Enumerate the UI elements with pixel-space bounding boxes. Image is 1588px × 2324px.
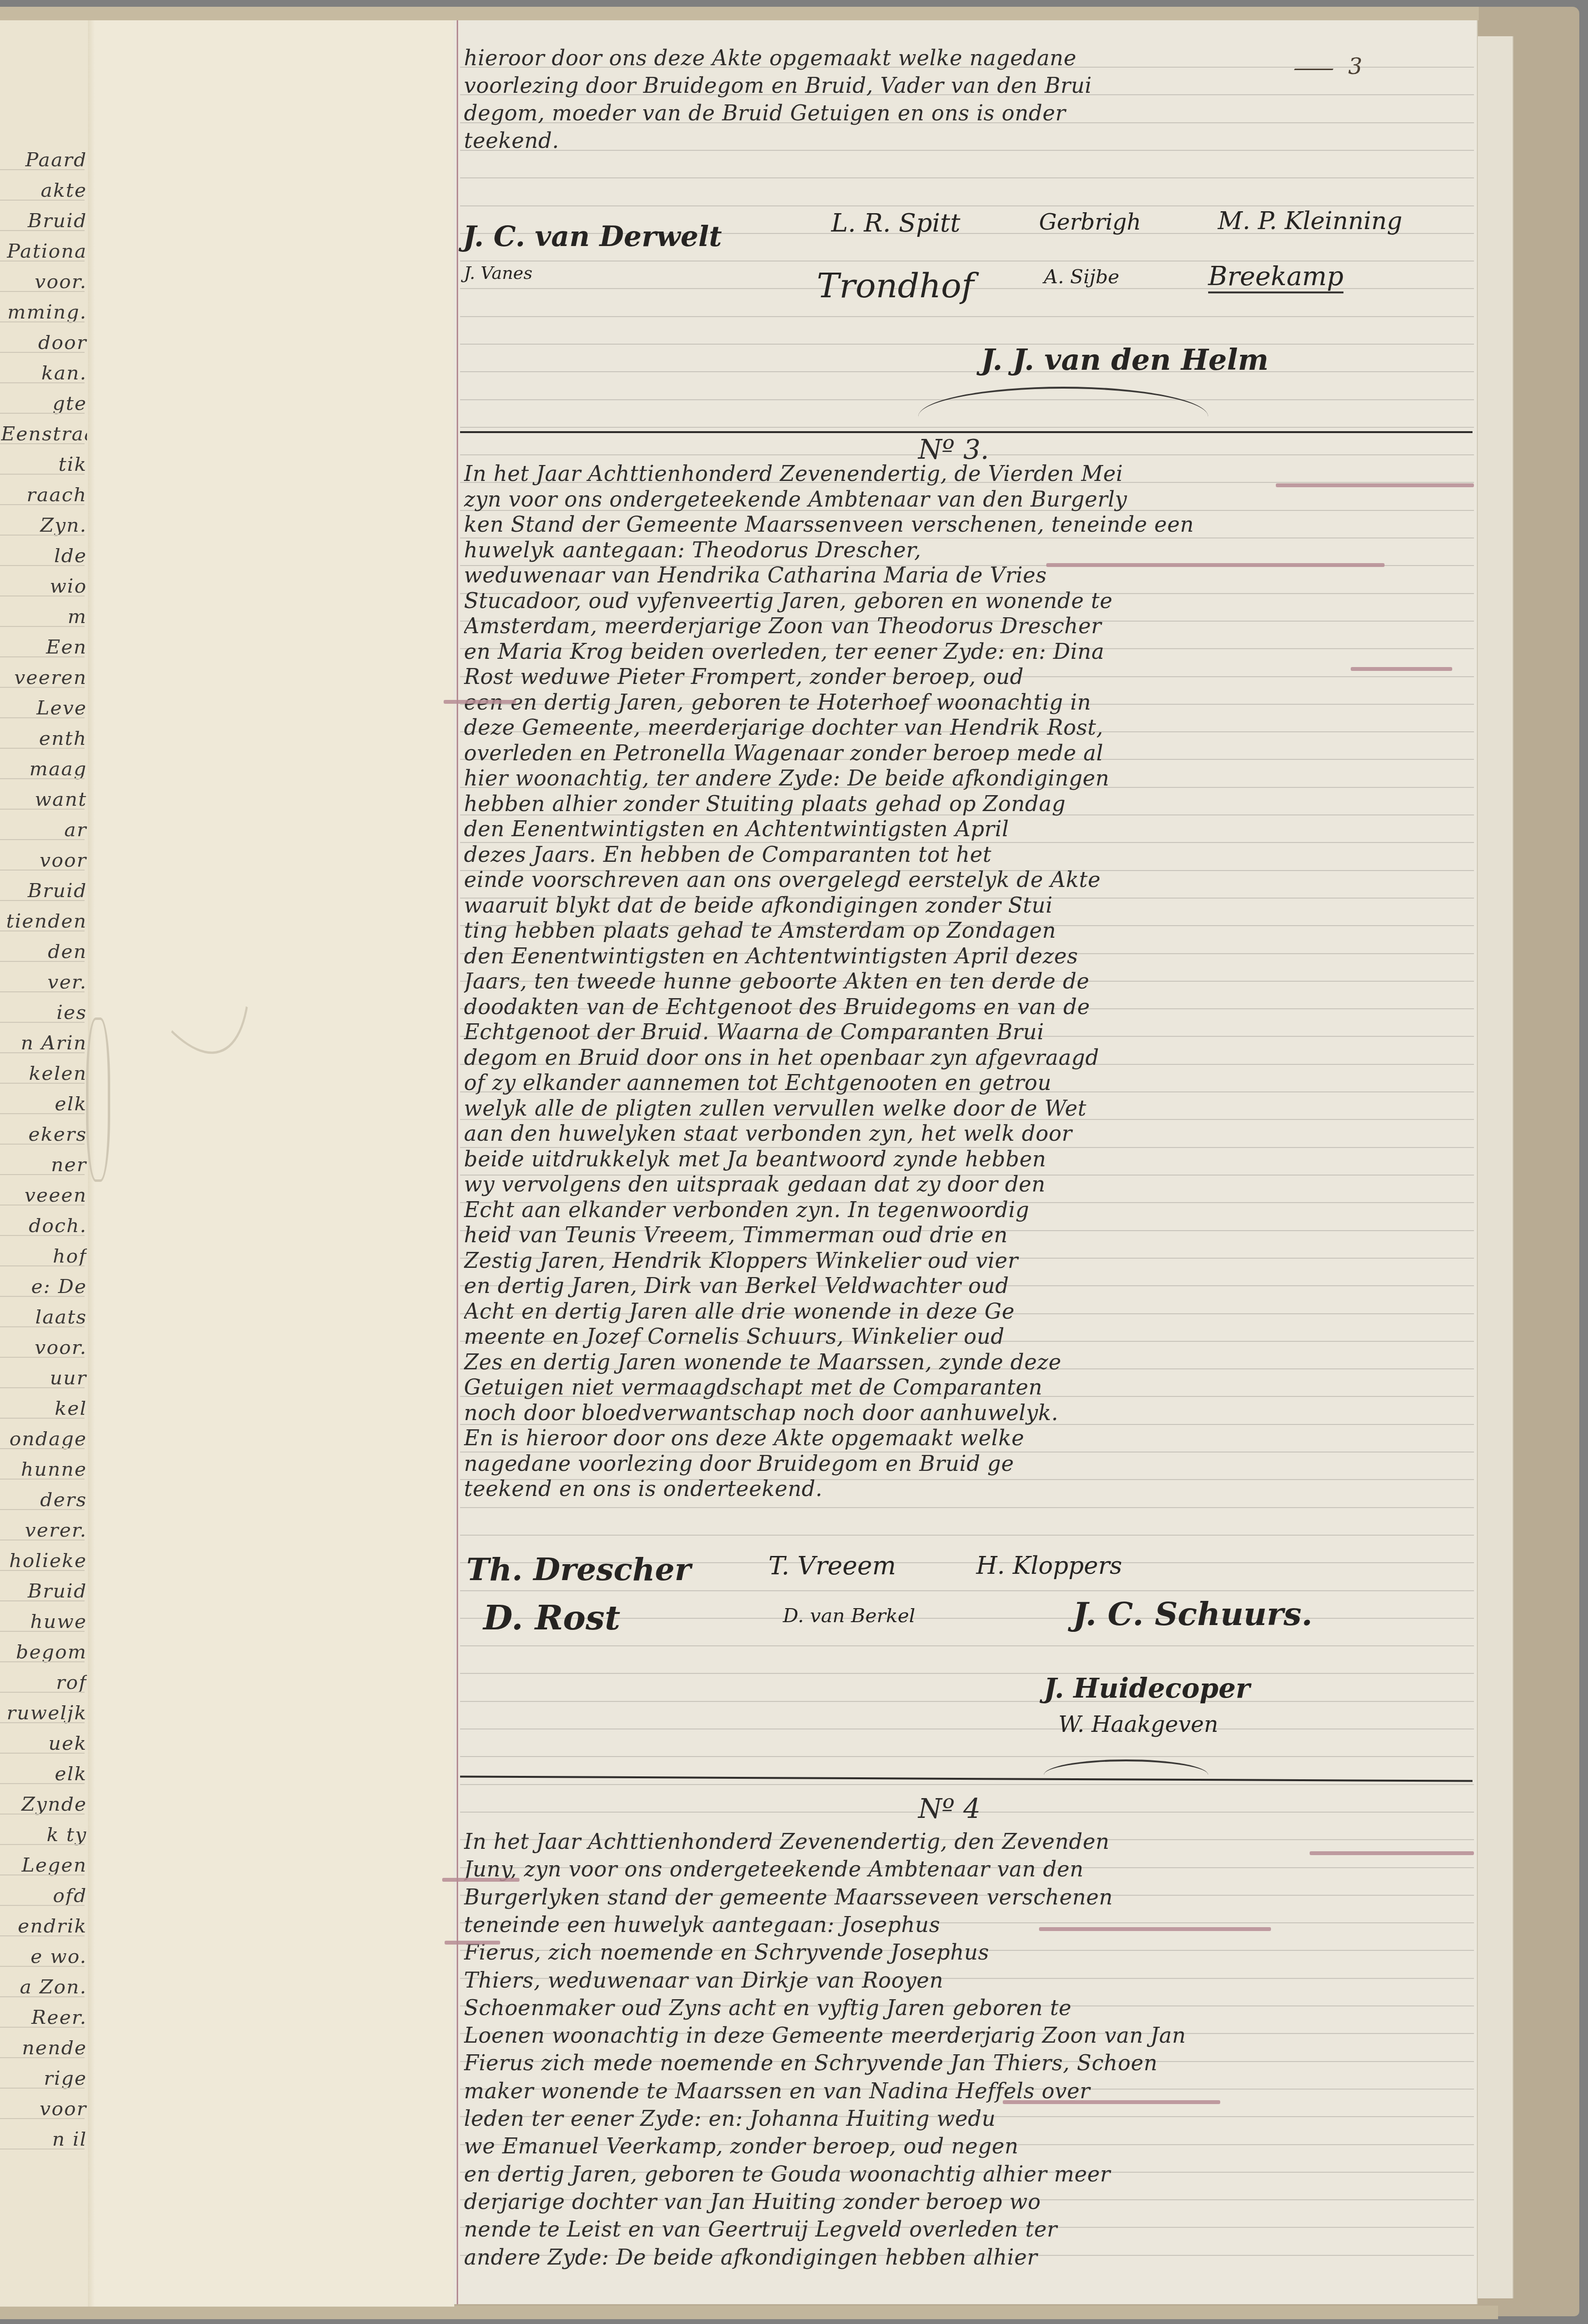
- signature-witness: T. Vreeem: [768, 1552, 896, 1581]
- signature-registrar: J. J. van den Helm: [981, 343, 1269, 377]
- fragment-rule: [0, 2149, 85, 2150]
- fragment-rule: [0, 687, 85, 688]
- name-underline: [1046, 563, 1385, 567]
- signature-witness: J. Vanes: [464, 263, 533, 283]
- text-line: teneinde een huwelyk aantegaan: Josephus: [464, 1911, 1469, 1939]
- fragment-rule: [0, 1600, 85, 1601]
- fragment-line: gte: [1, 392, 87, 415]
- fragment-rule: [0, 1479, 85, 1480]
- fragment-line: e: De: [1, 1276, 87, 1298]
- signature-witness: J. C. Schuurs.: [1073, 1595, 1313, 1633]
- ruled-line: [460, 1673, 1474, 1674]
- text-line: andere Zyde: De beide afkondigingen hebb…: [464, 2244, 1469, 2271]
- text-line: een en dertig Jaren, geboren te Hoterhoe…: [464, 689, 1469, 716]
- signature-witness: Gerbrigh: [1039, 209, 1141, 235]
- fragment-line: uek: [1, 1732, 87, 1755]
- text-line: hebben alhier zonder Stuiting plaats geh…: [464, 790, 1469, 818]
- text-line: teekend en ons is onderteekend.: [464, 1475, 1469, 1503]
- signature-witness: D. van Berkel: [783, 1605, 915, 1627]
- fragment-line: ondage: [1, 1428, 87, 1450]
- fragment-line: n Arin: [1, 1032, 87, 1054]
- fragment-line: elk: [1, 1763, 87, 1785]
- fragment-rule: [0, 626, 85, 627]
- fragment-rule: [0, 1387, 85, 1388]
- text-line: degom en Bruid door ons in het openbaar …: [464, 1044, 1469, 1072]
- fragment-line: verer.: [1, 1519, 87, 1541]
- text-line: ting hebben plaats gehad te Amsterdam op…: [464, 917, 1469, 944]
- name-underline: [1351, 667, 1452, 671]
- fragment-rule: [0, 2027, 85, 2028]
- fragment-line: enth: [1, 727, 87, 750]
- text-line: den Eenentwintigsten en Achtentwintigste…: [464, 815, 1469, 843]
- fragment-rule: [0, 1692, 85, 1693]
- fragment-rule: [0, 1052, 85, 1053]
- fragment-rule: [0, 291, 85, 292]
- text-line: Burgerlyken stand der gemeente Maarsseve…: [464, 1884, 1469, 1911]
- signature-registrar: J. Huidecoper: [1044, 1672, 1250, 1704]
- fragment-line: Zynde: [1, 1793, 87, 1816]
- fragment-line: holieke: [1, 1550, 87, 1572]
- fragment-rule: [0, 1022, 85, 1023]
- fragment-rule: [0, 2088, 85, 2089]
- fragment-line: Bruid: [1, 1580, 87, 1602]
- text-line: maker wonende te Maarssen en van Nadina …: [464, 2077, 1469, 2105]
- text-line: we Emanuel Veerkamp, zonder beroep, oud …: [464, 2133, 1469, 2160]
- fragment-rule: [0, 535, 85, 536]
- fragment-line: kelen: [1, 1062, 87, 1085]
- text-line: degom, moeder van de Bruid Getuigen en o…: [464, 100, 1469, 127]
- fragment-rule: [0, 809, 85, 810]
- fragment-rule: [0, 2118, 85, 2119]
- fragment-line: hof: [1, 1245, 87, 1267]
- fragment-line: ver.: [1, 971, 87, 993]
- fragment-line: kan.: [1, 362, 87, 384]
- text-line: waaruit blykt dat de beide afkondigingen…: [464, 892, 1469, 919]
- fragment-rule: [0, 1905, 85, 1906]
- fragment-line: n il: [1, 2128, 87, 2150]
- fragment-rule: [0, 1083, 85, 1084]
- fragment-rule: [0, 352, 85, 353]
- fragment-rule: [0, 1174, 85, 1175]
- text-line: zyn voor ons ondergeteekende Ambtenaar v…: [464, 486, 1469, 513]
- fragment-line: Legen: [1, 1854, 87, 1876]
- name-underline: [1039, 1927, 1271, 1931]
- text-line: nende te Leist en van Geertruij Legveld …: [464, 2216, 1469, 2243]
- text-line: Jaars, ten tweede hunne geboorte Akten e…: [464, 968, 1469, 995]
- fragment-rule: [0, 900, 85, 901]
- text-line: Rost weduwe Pieter Frompert, zonder bero…: [464, 663, 1469, 691]
- fragment-line: Een: [1, 636, 87, 658]
- fragment-line: rof: [1, 1671, 87, 1694]
- ruled-line: [460, 1701, 1474, 1702]
- text-line: Acht en dertig Jaren alle drie wonende i…: [464, 1298, 1469, 1325]
- fragment-line: elk: [1, 1093, 87, 1115]
- fragment-rule: [0, 1570, 85, 1571]
- signature-registrar: W. Haakgeven: [1058, 1711, 1218, 1737]
- fragment-rule: [0, 261, 85, 261]
- fragment-rule: [0, 2057, 85, 2058]
- signature-witness: M. P. Kleinning: [1218, 207, 1402, 235]
- text-line: aan den huwelyken staat verbonden zyn, h…: [464, 1120, 1469, 1147]
- ruled-line: [460, 177, 1474, 178]
- fragment-line: doch.: [1, 1215, 87, 1237]
- name-underline: [444, 700, 516, 704]
- name-underline: [1276, 483, 1474, 487]
- fragment-line: nende: [1, 2037, 87, 2059]
- fragment-line: ies: [1, 1002, 87, 1024]
- record-number: Nº 4: [918, 1793, 981, 1825]
- text-line: nagedane voorlezing door Bruidegom en Br…: [464, 1450, 1469, 1478]
- ruled-line: [460, 1507, 1474, 1508]
- text-line: ken Stand der Gemeente Maarssenveen vers…: [464, 511, 1469, 538]
- fragment-rule: [0, 778, 85, 779]
- fragment-rule: [0, 1722, 85, 1723]
- text-line: Zes en dertig Jaren wonende te Maarssen,…: [464, 1349, 1469, 1376]
- fragment-rule: [0, 1874, 85, 1875]
- fragment-rule: [0, 1296, 85, 1297]
- text-line: Juny, zyn voor ons ondergeteekende Ambte…: [464, 1856, 1469, 1883]
- fragment-line: endrik: [1, 1915, 87, 1937]
- fragment-rule: [0, 1844, 85, 1845]
- fragment-rule: [0, 382, 85, 383]
- fragment-rule: [0, 169, 85, 170]
- fragment-line: ders: [1, 1489, 87, 1511]
- text-line: Echt aan elkander verbonden zyn. In tege…: [464, 1196, 1469, 1224]
- fragment-rule: [0, 1996, 85, 1997]
- margin-rule: [457, 20, 458, 2304]
- fragment-line: ekers: [1, 1123, 87, 1146]
- binding-knot-icon: [86, 1017, 110, 1182]
- ruled-line: [460, 1728, 1474, 1729]
- fragment-line: ofd: [1, 1885, 87, 1907]
- fragment-line: a Zon.: [1, 1976, 87, 1998]
- fragment-rule: [0, 656, 85, 657]
- name-underline: [1003, 2100, 1220, 2104]
- fragment-line: want: [1, 788, 87, 811]
- text-line: leden ter eener Zyde: en: Johanna Huitin…: [464, 2105, 1469, 2133]
- fragment-rule: [0, 1357, 85, 1358]
- signature-bride: Trondhof: [817, 266, 974, 305]
- name-underline: [445, 1941, 500, 1945]
- fragment-rule: [0, 1235, 85, 1236]
- fragment-line: uur: [1, 1367, 87, 1389]
- ruled-line: [460, 1590, 1474, 1591]
- fragment-rule: [0, 1753, 85, 1754]
- fragment-line: voor: [1, 2098, 87, 2120]
- fragment-rule: [0, 1935, 85, 1936]
- text-line: wy vervolgens den uitspraak gedaan dat z…: [464, 1171, 1469, 1198]
- fragment-rule: [0, 961, 85, 962]
- ruled-line: [460, 316, 1474, 317]
- fragment-line: Pationa: [1, 240, 87, 262]
- fragment-line: raach: [1, 484, 87, 506]
- fragment-rule: [0, 870, 85, 871]
- signature-witness: J. C. van Derwelt: [463, 220, 722, 253]
- fragment-rule: [0, 1783, 85, 1784]
- fragment-rule: [0, 1265, 85, 1266]
- fragment-line: Paard: [1, 149, 87, 171]
- fragment-line: Reer.: [1, 2006, 87, 2029]
- fragment-rule: [0, 1113, 85, 1114]
- fragment-rule: [0, 1540, 85, 1540]
- signature-bride: D. Rost: [483, 1598, 621, 1638]
- fragment-line: tik: [1, 453, 87, 476]
- fragment-rule: [0, 748, 85, 749]
- ruled-line: [460, 1756, 1474, 1757]
- ruled-line: [460, 344, 1474, 345]
- text-line: Fierus zich mede noemende en Schryvende …: [464, 2049, 1469, 2077]
- fragment-line: den: [1, 941, 87, 963]
- ruled-line: [460, 1535, 1474, 1536]
- fragment-line: veeren: [1, 667, 87, 689]
- fragment-rule: [0, 230, 85, 231]
- text-line: Stucadoor, oud vyfenveertig Jaren, gebor…: [464, 587, 1469, 615]
- fragment-line: voor.: [1, 271, 87, 293]
- text-line: Amsterdam, meerderjarige Zoon van Theodo…: [464, 612, 1469, 640]
- fragment-line: ner: [1, 1154, 87, 1176]
- fragment-rule: [0, 565, 85, 566]
- fragment-rule: [0, 1418, 85, 1419]
- ruled-line: [460, 371, 1474, 372]
- text-line: Getuigen niet vermaagdschapt met de Comp…: [464, 1374, 1469, 1401]
- text-line: teekend.: [464, 127, 1469, 155]
- fragment-rule: [0, 413, 85, 414]
- text-line: welyk alle de pligten zullen vervullen w…: [464, 1095, 1469, 1122]
- fragment-rule: [0, 474, 85, 475]
- record-separator: [460, 431, 1473, 433]
- fragment-line: huwe: [1, 1611, 87, 1633]
- fragment-line: veeen: [1, 1184, 87, 1206]
- fragment-line: tienden: [1, 910, 87, 932]
- fragment-line: Zyn.: [1, 514, 87, 537]
- text-line: deze Gemeente, meerderjarige dochter van…: [464, 714, 1469, 741]
- text-line: derjarige dochter van Jan Huiting zonder…: [464, 2188, 1469, 2216]
- fragment-line: e wo.: [1, 1946, 87, 1968]
- fragment-line: k ty: [1, 1824, 87, 1846]
- text-line: overleden en Petronella Wagenaar zonder …: [464, 740, 1469, 767]
- name-underline: [1310, 1851, 1474, 1855]
- text-line: hieroor door ons deze Akte opgemaakt wel…: [464, 44, 1469, 72]
- fragment-rule: [0, 717, 85, 718]
- fragment-line: Bruid: [1, 880, 87, 902]
- fragment-line: kel: [1, 1397, 87, 1420]
- text-line: of zy elkander aannemen tot Echtgenooten…: [464, 1069, 1469, 1097]
- signature-witness: A. Sijbe: [1044, 266, 1119, 288]
- fragment-rule: [0, 1326, 85, 1327]
- text-line: doodakten van de Echtgenoot des Bruidego…: [464, 993, 1469, 1021]
- fragment-line: begom: [1, 1641, 87, 1663]
- fragment-line: m: [1, 606, 87, 628]
- text-line: Echtgenoot der Bruid. Waarna de Comparan…: [464, 1018, 1469, 1046]
- fragment-line: voor: [1, 849, 87, 871]
- fragment-rule: [0, 1144, 85, 1145]
- name-underline: [442, 1878, 520, 1882]
- text-line: einde voorschreven aan ons overgelegd ee…: [464, 866, 1469, 894]
- text-line: meente en Jozef Cornelis Schuurs, Winkel…: [464, 1323, 1469, 1351]
- text-line: Zestig Jaren, Hendrik Kloppers Winkelier…: [464, 1247, 1469, 1275]
- fragment-line: maag: [1, 758, 87, 780]
- fragment-rule: [0, 930, 85, 931]
- fragment-rule: [0, 1205, 85, 1206]
- signature-groom: Th. Drescher: [466, 1552, 691, 1588]
- text-line: Thiers, weduwenaar van Dirkje van Rooyen: [464, 1967, 1469, 1994]
- fragment-rule: [0, 443, 85, 444]
- signature-witness: Breekamp: [1208, 261, 1343, 293]
- fragment-line: lde: [1, 545, 87, 567]
- fragment-rule: [0, 1814, 85, 1815]
- text-line: En is hieroor door ons deze Akte opgemaa…: [464, 1424, 1469, 1452]
- fragment-rule: [0, 200, 85, 201]
- text-line: noch door bloedverwantschap noch door aa…: [464, 1399, 1469, 1427]
- text-line: en dertig Jaren, geboren te Gouda woonac…: [464, 2161, 1469, 2188]
- signature-witness: H. Kloppers: [976, 1552, 1122, 1580]
- fragment-rule: [0, 991, 85, 992]
- fragment-line: rige: [1, 2067, 87, 2090]
- ruled-line: [460, 1645, 1474, 1646]
- fragment-rule: [0, 321, 85, 322]
- signature-groom: L. R. Spitt: [831, 209, 960, 238]
- page-bottom-edge: [0, 2306, 1498, 2319]
- text-line: dezes Jaars. En hebben de Comparanten to…: [464, 841, 1469, 869]
- fragment-line: Bruid: [1, 210, 87, 232]
- fragment-rule: [0, 1661, 85, 1662]
- fragment-rule: [0, 1448, 85, 1449]
- fragment-line: Leve: [1, 697, 87, 719]
- text-line: Loenen woonachtig in deze Gemeente meerd…: [464, 2022, 1469, 2049]
- flourish-icon: [1044, 1759, 1208, 1790]
- text-line: Schoenmaker oud Zyns acht en vyftig Jare…: [464, 1994, 1469, 2022]
- fragment-rule: [0, 1966, 85, 1967]
- fragment-line: hunne: [1, 1458, 87, 1481]
- text-line: en Maria Krog beiden overleden, ter eene…: [464, 638, 1469, 666]
- fragment-line: ruweljk: [1, 1702, 87, 1724]
- text-line: en dertig Jaren, Dirk van Berkel Veldwac…: [464, 1272, 1469, 1300]
- fragment-line: mming.: [1, 301, 87, 323]
- fragment-rule: [0, 839, 85, 840]
- fragment-line: door: [1, 332, 87, 354]
- ruled-line: [460, 205, 1474, 206]
- fragment-rule: [0, 1631, 85, 1632]
- fragment-line: akte: [1, 179, 87, 202]
- fragment-rule: [0, 1509, 85, 1510]
- text-line: den Eenentwintigsten en Achtentwintigste…: [464, 943, 1469, 970]
- text-line: beide uitdrukkelyk met Ja beantwoord zyn…: [464, 1146, 1469, 1173]
- fragment-line: voor.: [1, 1336, 87, 1359]
- fragment-line: wio: [1, 575, 87, 597]
- page-top-edge: [0, 7, 1479, 20]
- text-line: hier woonachtig, ter andere Zyde: De bei…: [464, 765, 1469, 792]
- fragment-line: Eenstraa: [1, 423, 87, 445]
- text-line: voorlezing door Bruidegom en Bruid, Vade…: [464, 72, 1469, 100]
- fragment-line: ar: [1, 819, 87, 841]
- text-line: heid van Teunis Vreeem, Timmerman oud dr…: [464, 1221, 1469, 1249]
- fragment-rule: [0, 596, 85, 596]
- text-line: Fierus, zich noemende en Schryvende Jose…: [464, 1939, 1469, 1966]
- fragment-line: laats: [1, 1306, 87, 1328]
- text-line: huwelyk aantegaan: Theodorus Drescher,: [464, 537, 1469, 564]
- fragment-rule: [0, 504, 85, 505]
- ruled-line: [460, 1784, 1474, 1785]
